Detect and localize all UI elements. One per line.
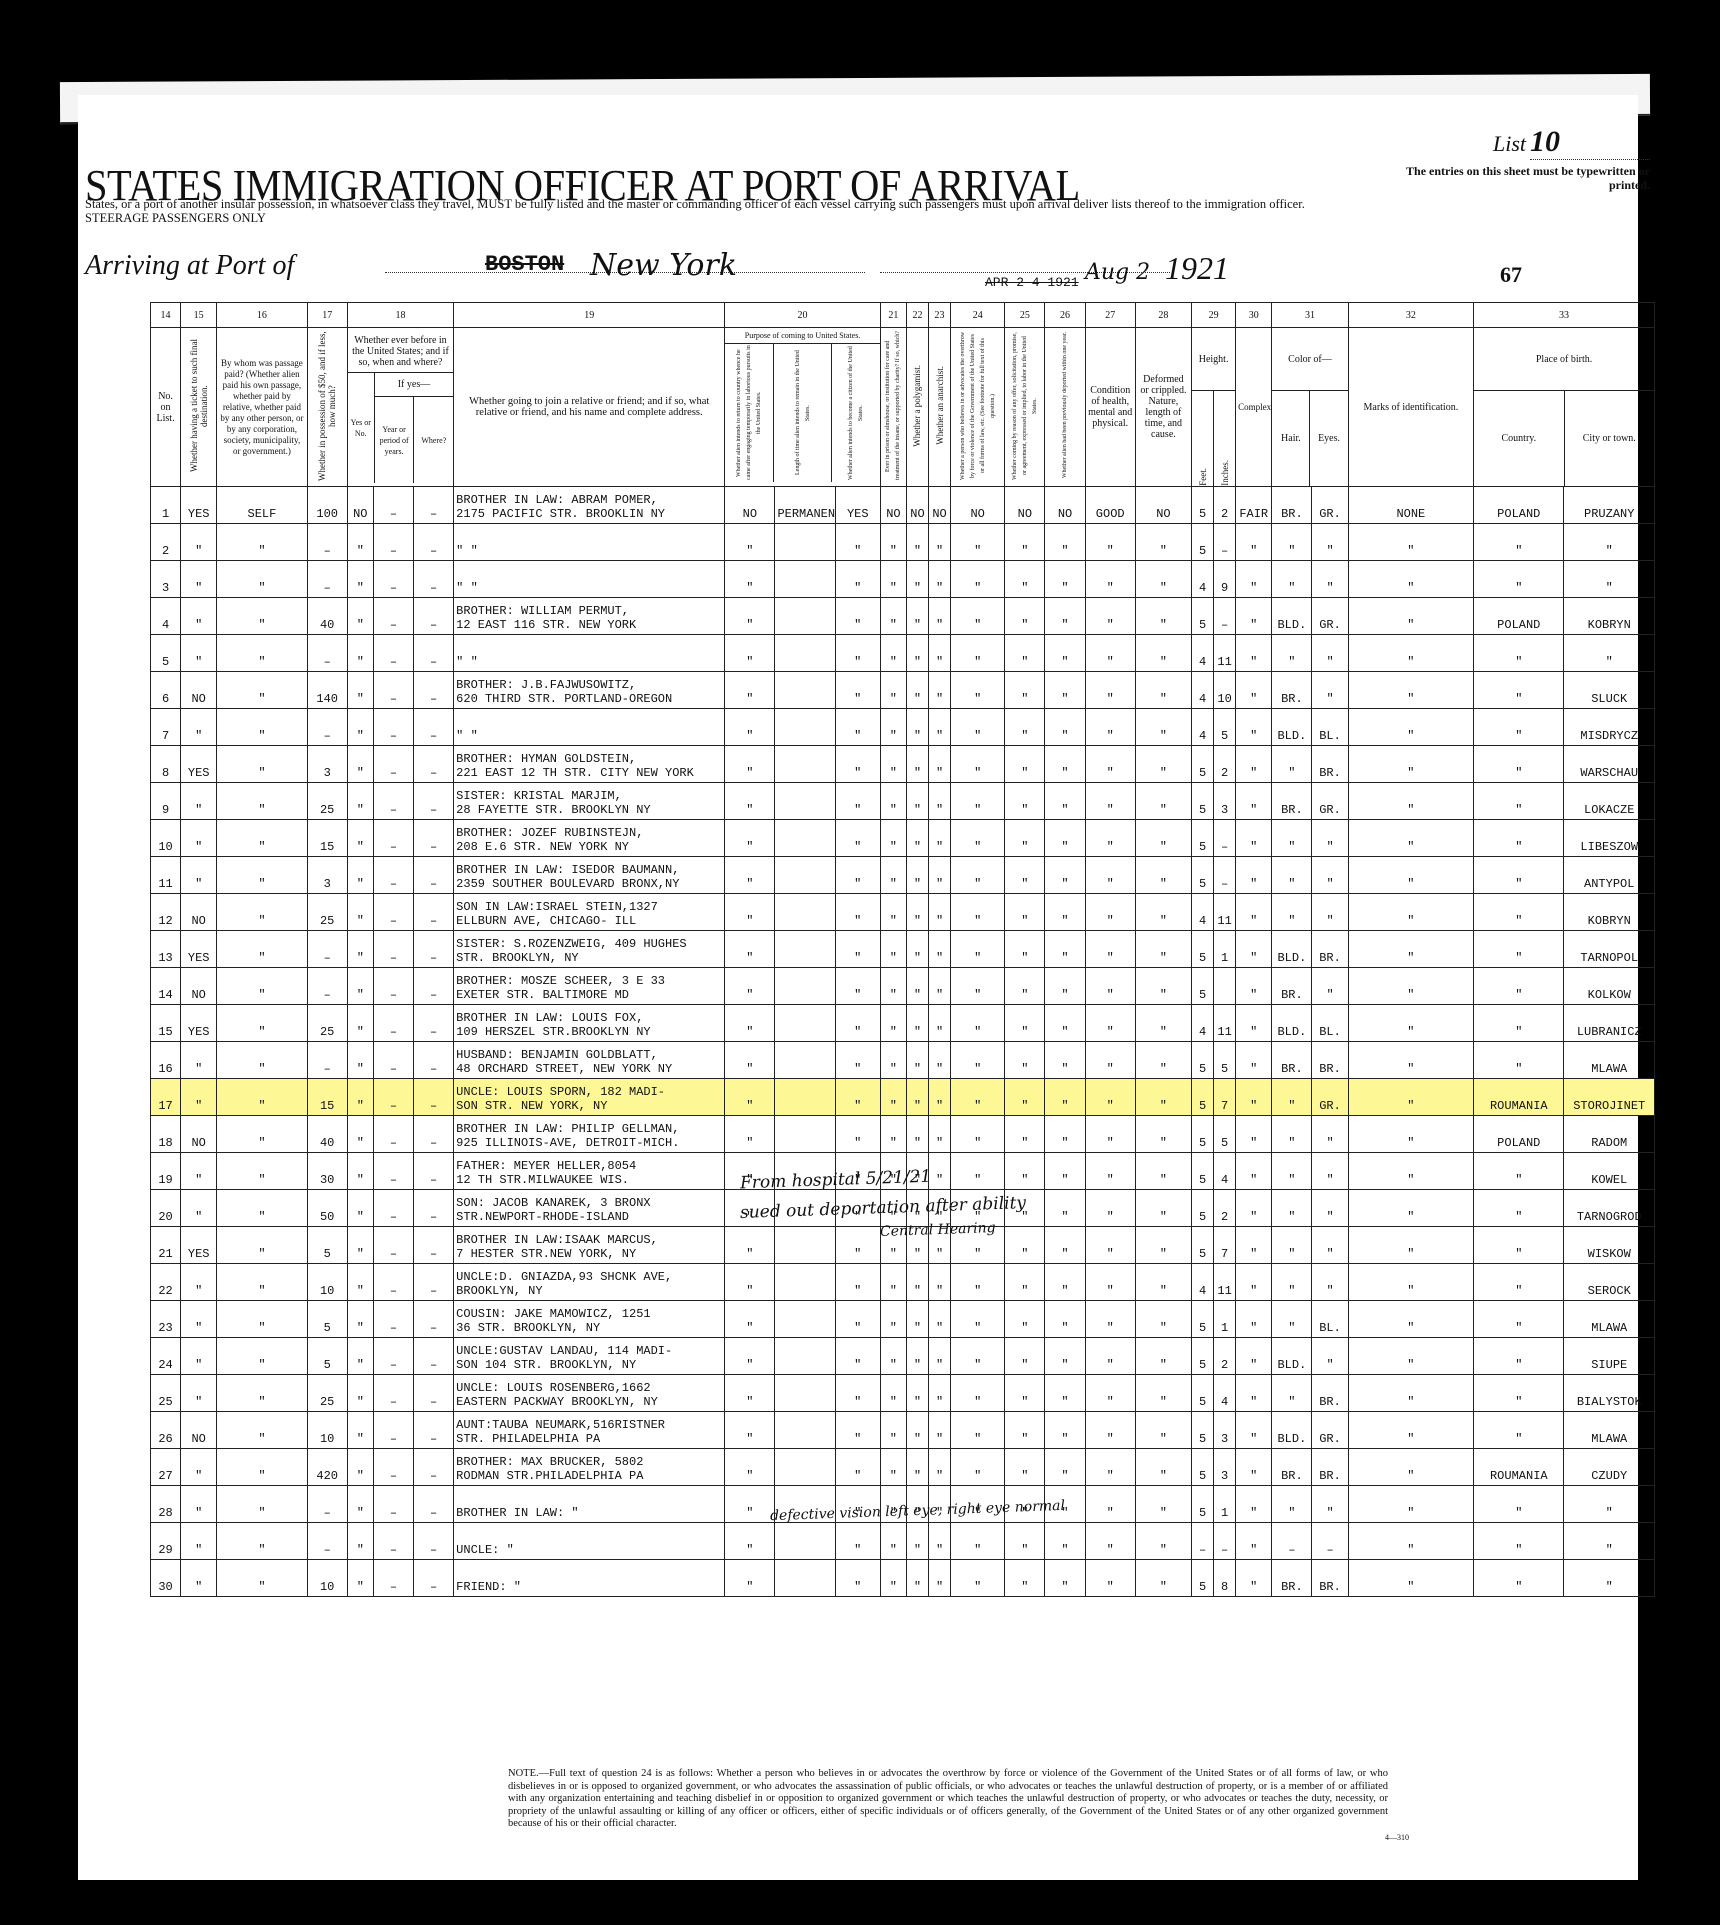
relative-line-1: BROTHER: MAX BRUCKER, 5802	[456, 1455, 722, 1469]
been-before-cell: "	[347, 968, 373, 1005]
length-stay-cell	[775, 1227, 835, 1264]
q25-cell: "	[1005, 1412, 1045, 1449]
polygamist-cell: "	[906, 931, 928, 968]
marks-cell: "	[1348, 1486, 1474, 1523]
been-before-cell: NO	[347, 487, 373, 524]
city-cell: WARSCHAU	[1564, 746, 1655, 783]
q24-cell: "	[951, 1005, 1005, 1042]
height-feet-cell: 5	[1192, 487, 1214, 524]
deformed-cell: "	[1135, 857, 1191, 894]
q25-cell: "	[1005, 1227, 1045, 1264]
q24-cell: "	[951, 561, 1005, 598]
passage-paid-cell: "	[217, 968, 307, 1005]
hair-cell: BLD.	[1272, 931, 1312, 968]
q24-cell: "	[951, 1523, 1005, 1560]
q25-cell: "	[1005, 1005, 1045, 1042]
return-cell: "	[725, 1264, 775, 1301]
hair-cell: "	[1272, 524, 1312, 561]
height-inches-cell: 2	[1214, 746, 1236, 783]
row-number: 6	[151, 672, 181, 709]
eyes-cell: "	[1312, 894, 1348, 931]
money-cell: 25	[307, 1005, 347, 1042]
relative-line-2: 2175 PACIFIC STR. BROOKLIN NY	[456, 507, 722, 521]
height-feet-cell: 4	[1192, 1264, 1214, 1301]
prison-cell: "	[880, 931, 906, 968]
relative-line-2: STR.NEWPORT-RHODE-ISLAND	[456, 1210, 722, 1224]
eyes-cell: "	[1312, 672, 1348, 709]
money-cell: 25	[307, 1375, 347, 1412]
country-cell: "	[1474, 1005, 1564, 1042]
city-cell: "	[1564, 1523, 1655, 1560]
where-cell: –	[414, 524, 454, 561]
where-cell: –	[414, 487, 454, 524]
q24-cell: "	[951, 1153, 1005, 1190]
height-inches-cell: 11	[1214, 1264, 1236, 1301]
q25-cell: "	[1005, 1375, 1045, 1412]
prison-cell: "	[880, 857, 906, 894]
ticket-cell: YES	[181, 487, 217, 524]
length-stay-cell	[775, 1116, 835, 1153]
q24-cell: "	[951, 931, 1005, 968]
country-cell: "	[1474, 894, 1564, 931]
money-cell: –	[307, 1042, 347, 1079]
height-feet-cell: 5	[1192, 1338, 1214, 1375]
q25-cell: "	[1005, 1523, 1045, 1560]
polygamist-cell: "	[906, 1523, 928, 1560]
anarchist-cell: "	[929, 746, 951, 783]
where-cell: –	[414, 1449, 454, 1486]
relative-line-2: BROOKLYN, NY	[456, 1284, 722, 1298]
anarchist-cell: "	[929, 857, 951, 894]
subtitle-text: States, or a port of another insular pos…	[85, 197, 1365, 211]
col-num-29: 29	[1192, 303, 1236, 328]
height-feet-cell: 4	[1192, 561, 1214, 598]
health-cell: "	[1085, 894, 1135, 931]
polygamist-cell: "	[906, 820, 928, 857]
been-before-cell: "	[347, 1116, 373, 1153]
where-cell: –	[414, 931, 454, 968]
city-cell: LUBRANICZ	[1564, 1005, 1655, 1042]
header-height: Height. Feet. Inches.	[1192, 328, 1236, 487]
ticket-cell: NO	[181, 672, 217, 709]
return-cell: "	[725, 746, 775, 783]
citizen-cell: "	[835, 1116, 880, 1153]
ticket-cell: "	[181, 598, 217, 635]
hair-cell: BLD.	[1272, 598, 1312, 635]
eyes-cell: BR.	[1312, 1042, 1348, 1079]
table-row: 24""5"––UNCLE:GUSTAV LANDAU, 114 MADI-SO…	[151, 1338, 1655, 1375]
health-cell: "	[1085, 968, 1135, 1005]
prison-cell: "	[880, 1338, 906, 1375]
return-cell: "	[725, 1412, 775, 1449]
height-inches-cell: –	[1214, 857, 1236, 894]
height-feet-cell: 5	[1192, 1412, 1214, 1449]
been-before-cell: "	[347, 524, 373, 561]
eyes-cell: "	[1312, 635, 1348, 672]
polygamist-cell: "	[906, 968, 928, 1005]
relative-address-cell: UNCLE: LOUIS SPORN, 182 MADI-SON STR. NE…	[454, 1079, 725, 1116]
relative-line-2: 2359 SOUTHER BOULEVARD BRONX,NY	[456, 877, 722, 891]
relative-line-2: 12 TH STR.MILWAUKEE WIS.	[456, 1173, 722, 1187]
anarchist-cell: "	[929, 1412, 951, 1449]
complexion-cell: "	[1236, 1042, 1272, 1079]
relative-line-1: BROTHER IN LAW: LOUIS FOX,	[456, 1011, 722, 1025]
where-cell: –	[414, 746, 454, 783]
anarchist-cell: "	[929, 1301, 951, 1338]
length-stay-cell	[775, 524, 835, 561]
header-hair: Hair.	[1272, 391, 1310, 486]
height-feet-cell: 5	[1192, 1486, 1214, 1523]
health-cell: "	[1085, 1375, 1135, 1412]
return-cell: "	[725, 1338, 775, 1375]
prison-cell: "	[880, 968, 906, 1005]
eyes-cell: BL.	[1312, 1301, 1348, 1338]
length-stay-cell	[775, 1301, 835, 1338]
country-cell: POLAND	[1474, 1116, 1564, 1153]
col-num-19: 19	[454, 303, 725, 328]
steerage-label: STEERAGE PASSENGERS ONLY	[85, 211, 1365, 225]
hair-cell: BR.	[1272, 672, 1312, 709]
hair-cell: BR.	[1272, 487, 1312, 524]
citizen-cell: "	[835, 672, 880, 709]
citizen-cell: "	[835, 894, 880, 931]
prison-cell: "	[880, 1301, 906, 1338]
relative-line-2: EXETER STR. BALTIMORE MD	[456, 988, 722, 1002]
return-cell: "	[725, 931, 775, 968]
relative-line-1: " "	[456, 655, 722, 669]
deformed-cell: "	[1135, 1486, 1191, 1523]
city-cell: PRUZANY	[1564, 487, 1655, 524]
relative-address-cell: BROTHER: JOZEF RUBINSTEJN,208 E.6 STR. N…	[454, 820, 725, 857]
deformed-cell: NO	[1135, 487, 1191, 524]
q25-cell: "	[1005, 635, 1045, 672]
height-inches-cell: 10	[1214, 672, 1236, 709]
relative-address-cell: UNCLE: LOUIS ROSENBERG,1662EASTERN PACKW…	[454, 1375, 725, 1412]
country-cell: POLAND	[1474, 487, 1564, 524]
q26-cell: "	[1045, 561, 1085, 598]
money-cell: 25	[307, 894, 347, 931]
relative-line-1: " "	[456, 729, 722, 743]
money-cell: 5	[307, 1227, 347, 1264]
eyes-cell: BR.	[1312, 746, 1348, 783]
arriving-label: Arriving at Port of	[85, 250, 294, 282]
money-cell: 15	[307, 1079, 347, 1116]
city-cell: ANTYPOL	[1564, 857, 1655, 894]
hair-cell: "	[1272, 561, 1312, 598]
relative-line-1: " "	[456, 544, 722, 558]
passage-paid-cell: "	[217, 598, 307, 635]
height-inches-cell: –	[1214, 820, 1236, 857]
polygamist-cell: "	[906, 1375, 928, 1412]
been-before-cell: "	[347, 561, 373, 598]
header-marks: Marks of identification.	[1348, 328, 1474, 487]
row-number: 30	[151, 1560, 181, 1597]
return-cell: "	[725, 1005, 775, 1042]
country-cell: "	[1474, 1560, 1564, 1597]
money-cell: 30	[307, 1153, 347, 1190]
relative-address-cell: AUNT:TAUBA NEUMARK,516RISTNERSTR. PHILAD…	[454, 1412, 725, 1449]
marks-cell: "	[1348, 1375, 1474, 1412]
complexion-cell: "	[1236, 635, 1272, 672]
relative-line-2: STR. BROOKLYN, NY	[456, 951, 722, 965]
relative-line-2: ELLBURN AVE, CHICAGO- ILL	[456, 914, 722, 928]
height-feet-cell: 5	[1192, 857, 1214, 894]
height-feet-cell: 5	[1192, 1190, 1214, 1227]
length-stay-cell	[775, 1079, 835, 1116]
deformed-cell: "	[1135, 968, 1191, 1005]
list-note: The entries on this sheet must be typewr…	[1400, 164, 1650, 192]
anarchist-cell: NO	[929, 487, 951, 524]
q26-cell: "	[1045, 894, 1085, 931]
q24-cell: "	[951, 1412, 1005, 1449]
relative-address-cell: BROTHER IN LAW:ISAAK MARCUS,7 HESTER STR…	[454, 1227, 725, 1264]
q26-cell: "	[1045, 1190, 1085, 1227]
deformed-cell: "	[1135, 1264, 1191, 1301]
prison-cell: "	[880, 672, 906, 709]
header-q24-text: Whether a person who believes in or advo…	[958, 331, 998, 481]
relative-line-1: BROTHER IN LAW: "	[456, 1506, 722, 1520]
relative-line-1: FRIEND: "	[456, 1580, 722, 1594]
health-cell: "	[1085, 1153, 1135, 1190]
prison-cell: "	[880, 635, 906, 672]
q25-cell: "	[1005, 783, 1045, 820]
length-stay-cell	[775, 931, 835, 968]
citizen-cell: "	[835, 857, 880, 894]
row-number: 21	[151, 1227, 181, 1264]
complexion-cell: "	[1236, 1338, 1272, 1375]
deformed-cell: "	[1135, 1449, 1191, 1486]
col-num-23: 23	[929, 303, 951, 328]
citizen-cell: "	[835, 1412, 880, 1449]
header-color-label: Color of—	[1272, 328, 1347, 391]
complexion-cell: "	[1236, 1227, 1272, 1264]
list-label: List	[1493, 131, 1526, 156]
table-row: 11""3"––BROTHER IN LAW: ISEDOR BAUMANN,2…	[151, 857, 1655, 894]
health-cell: "	[1085, 1042, 1135, 1079]
hair-cell: "	[1272, 1301, 1312, 1338]
city-cell: BIALYSTOK	[1564, 1375, 1655, 1412]
prison-cell: "	[880, 1042, 906, 1079]
years-cell: –	[373, 894, 413, 931]
polygamist-cell: "	[906, 635, 928, 672]
complexion-cell: "	[1236, 820, 1272, 857]
hair-cell: "	[1272, 1153, 1312, 1190]
q24-cell: "	[951, 820, 1005, 857]
deformed-cell: "	[1135, 931, 1191, 968]
hair-cell: "	[1272, 1227, 1312, 1264]
where-cell: –	[414, 1486, 454, 1523]
relative-address-cell: " "	[454, 635, 725, 672]
height-inches-cell: 5	[1214, 1116, 1236, 1153]
length-stay-cell	[775, 968, 835, 1005]
height-inches-cell: 11	[1214, 635, 1236, 672]
polygamist-cell: "	[906, 1042, 928, 1079]
been-before-cell: "	[347, 1449, 373, 1486]
relative-line-2: 28 FAYETTE STR. BROOKLYN NY	[456, 803, 722, 817]
table-row: 16""–"––HUSBAND: BENJAMIN GOLDBLATT,48 O…	[151, 1042, 1655, 1079]
length-stay-cell	[775, 1560, 835, 1597]
q25-cell: "	[1005, 524, 1045, 561]
marks-cell: NONE	[1348, 487, 1474, 524]
height-feet-cell: –	[1192, 1523, 1214, 1560]
relative-address-cell: BROTHER IN LAW: ISEDOR BAUMANN,2359 SOUT…	[454, 857, 725, 894]
citizen-cell: "	[835, 561, 880, 598]
complexion-cell: "	[1236, 894, 1272, 931]
years-cell: –	[373, 1005, 413, 1042]
q24-cell: "	[951, 1264, 1005, 1301]
length-stay-cell	[775, 1449, 835, 1486]
been-before-cell: "	[347, 746, 373, 783]
money-cell: –	[307, 931, 347, 968]
return-cell: "	[725, 1486, 775, 1523]
row-number: 12	[151, 894, 181, 931]
eyes-cell: "	[1312, 857, 1348, 894]
been-before-cell: "	[347, 1412, 373, 1449]
polygamist-cell: "	[906, 857, 928, 894]
country-cell: "	[1474, 1190, 1564, 1227]
q26-cell: "	[1045, 1227, 1085, 1264]
marks-cell: "	[1348, 1560, 1474, 1597]
eyes-cell: GR.	[1312, 598, 1348, 635]
been-before-cell: "	[347, 1264, 373, 1301]
q25-cell: "	[1005, 1338, 1045, 1375]
prison-cell: "	[880, 1412, 906, 1449]
passage-paid-cell: "	[217, 1560, 307, 1597]
eyes-cell: GR.	[1312, 1079, 1348, 1116]
height-feet-cell: 5	[1192, 1375, 1214, 1412]
years-cell: –	[373, 709, 413, 746]
length-stay-cell	[775, 1412, 835, 1449]
years-cell: –	[373, 1375, 413, 1412]
col-num-32: 32	[1348, 303, 1474, 328]
list-number-box: List 10 The entries on this sheet must b…	[1400, 125, 1650, 192]
relative-address-cell: COUSIN: JAKE MAMOWICZ, 125136 STR. BROOK…	[454, 1301, 725, 1338]
date-handwritten: Aug 2	[1085, 260, 1150, 285]
height-inches-cell: –	[1214, 598, 1236, 635]
ticket-cell: "	[181, 709, 217, 746]
relative-line-2: STR. PHILADELPHIA PA	[456, 1432, 722, 1446]
where-cell: –	[414, 1523, 454, 1560]
height-feet-cell: 4	[1192, 635, 1214, 672]
row-number: 16	[151, 1042, 181, 1079]
city-cell: LIBESZOW	[1564, 820, 1655, 857]
marks-cell: "	[1348, 1301, 1474, 1338]
money-cell: 100	[307, 487, 347, 524]
citizen-cell: "	[835, 968, 880, 1005]
q25-cell: "	[1005, 598, 1045, 635]
citizen-cell: "	[835, 1227, 880, 1264]
q26-cell: "	[1045, 1560, 1085, 1597]
deformed-cell: "	[1135, 1375, 1191, 1412]
height-feet-cell: 5	[1192, 968, 1214, 1005]
return-cell: "	[725, 1079, 775, 1116]
prison-cell: "	[880, 820, 906, 857]
citizen-cell: "	[835, 598, 880, 635]
passage-paid-cell: "	[217, 672, 307, 709]
relative-line-1: UNCLE: "	[456, 1543, 722, 1557]
relative-line-1: FATHER: MEYER HELLER,8054	[456, 1159, 722, 1173]
col-num-28: 28	[1135, 303, 1191, 328]
eyes-cell: BL.	[1312, 709, 1348, 746]
city-cell: "	[1564, 635, 1655, 672]
row-number: 23	[151, 1301, 181, 1338]
marks-cell: "	[1348, 1116, 1474, 1153]
city-cell: MLAWA	[1564, 1042, 1655, 1079]
return-cell: "	[725, 561, 775, 598]
years-cell: –	[373, 783, 413, 820]
where-cell: –	[414, 1153, 454, 1190]
row-number: 7	[151, 709, 181, 746]
deformed-cell: "	[1135, 524, 1191, 561]
country-cell: "	[1474, 1338, 1564, 1375]
money-cell: 3	[307, 857, 347, 894]
header-years: Year or period of years.	[375, 397, 415, 483]
been-before-cell: "	[347, 1301, 373, 1338]
q25-cell: "	[1005, 931, 1045, 968]
eyes-cell: "	[1312, 1227, 1348, 1264]
hair-cell: BLD.	[1272, 1412, 1312, 1449]
anarchist-cell: "	[929, 1042, 951, 1079]
relative-line-2: SON STR. NEW YORK, NY	[456, 1099, 722, 1113]
footnote: NOTE.—Full text of question 24 is as fol…	[508, 1768, 1388, 1831]
where-cell: –	[414, 1375, 454, 1412]
table-row: 2""–"––" """""""""""5–""""""	[151, 524, 1655, 561]
q24-cell: "	[951, 635, 1005, 672]
eyes-cell: GR.	[1312, 487, 1348, 524]
q25-cell: "	[1005, 1042, 1045, 1079]
where-cell: –	[414, 1560, 454, 1597]
return-cell: "	[725, 1042, 775, 1079]
ticket-cell: YES	[181, 931, 217, 968]
citizen-cell: "	[835, 820, 880, 857]
eyes-cell: "	[1312, 1190, 1348, 1227]
money-cell: –	[307, 561, 347, 598]
return-cell: "	[725, 709, 775, 746]
health-cell: "	[1085, 524, 1135, 561]
polygamist-cell: "	[906, 1301, 928, 1338]
eyes-cell: BR.	[1312, 1375, 1348, 1412]
been-before-cell: "	[347, 1190, 373, 1227]
height-inches-cell: 11	[1214, 1005, 1236, 1042]
complexion-cell: "	[1236, 1523, 1272, 1560]
years-cell: –	[373, 1190, 413, 1227]
relative-line-2: 12 EAST 116 STR. NEW YORK	[456, 618, 722, 632]
money-cell: 15	[307, 820, 347, 857]
eyes-cell: "	[1312, 1338, 1348, 1375]
relative-address-cell: " "	[454, 524, 725, 561]
header-q26: Whether alien had been previously deport…	[1045, 328, 1085, 487]
money-cell: 420	[307, 1449, 347, 1486]
table-row: 6NO"140"––BROTHER: J.B.FAJWUSOWITZ,620 T…	[151, 672, 1655, 709]
marks-cell: "	[1348, 1449, 1474, 1486]
row-number: 4	[151, 598, 181, 635]
q24-cell: "	[951, 1338, 1005, 1375]
eyes-cell: "	[1312, 968, 1348, 1005]
height-inches-cell: 1	[1214, 1486, 1236, 1523]
eyes-cell: "	[1312, 524, 1348, 561]
q24-cell: "	[951, 1449, 1005, 1486]
where-cell: –	[414, 783, 454, 820]
city-cell: MLAWA	[1564, 1412, 1655, 1449]
year: 1921	[1165, 250, 1229, 287]
money-cell: –	[307, 1486, 347, 1523]
height-inches-cell: 4	[1214, 1153, 1236, 1190]
header-return: Whether alien intends to return to count…	[725, 344, 774, 482]
header-polygamist-text: Whether a polygamist.	[912, 365, 922, 447]
money-cell: 10	[307, 1412, 347, 1449]
passage-paid-cell: "	[217, 1301, 307, 1338]
relative-line-2: 925 ILLINOIS-AVE, DETROIT-MICH.	[456, 1136, 722, 1150]
